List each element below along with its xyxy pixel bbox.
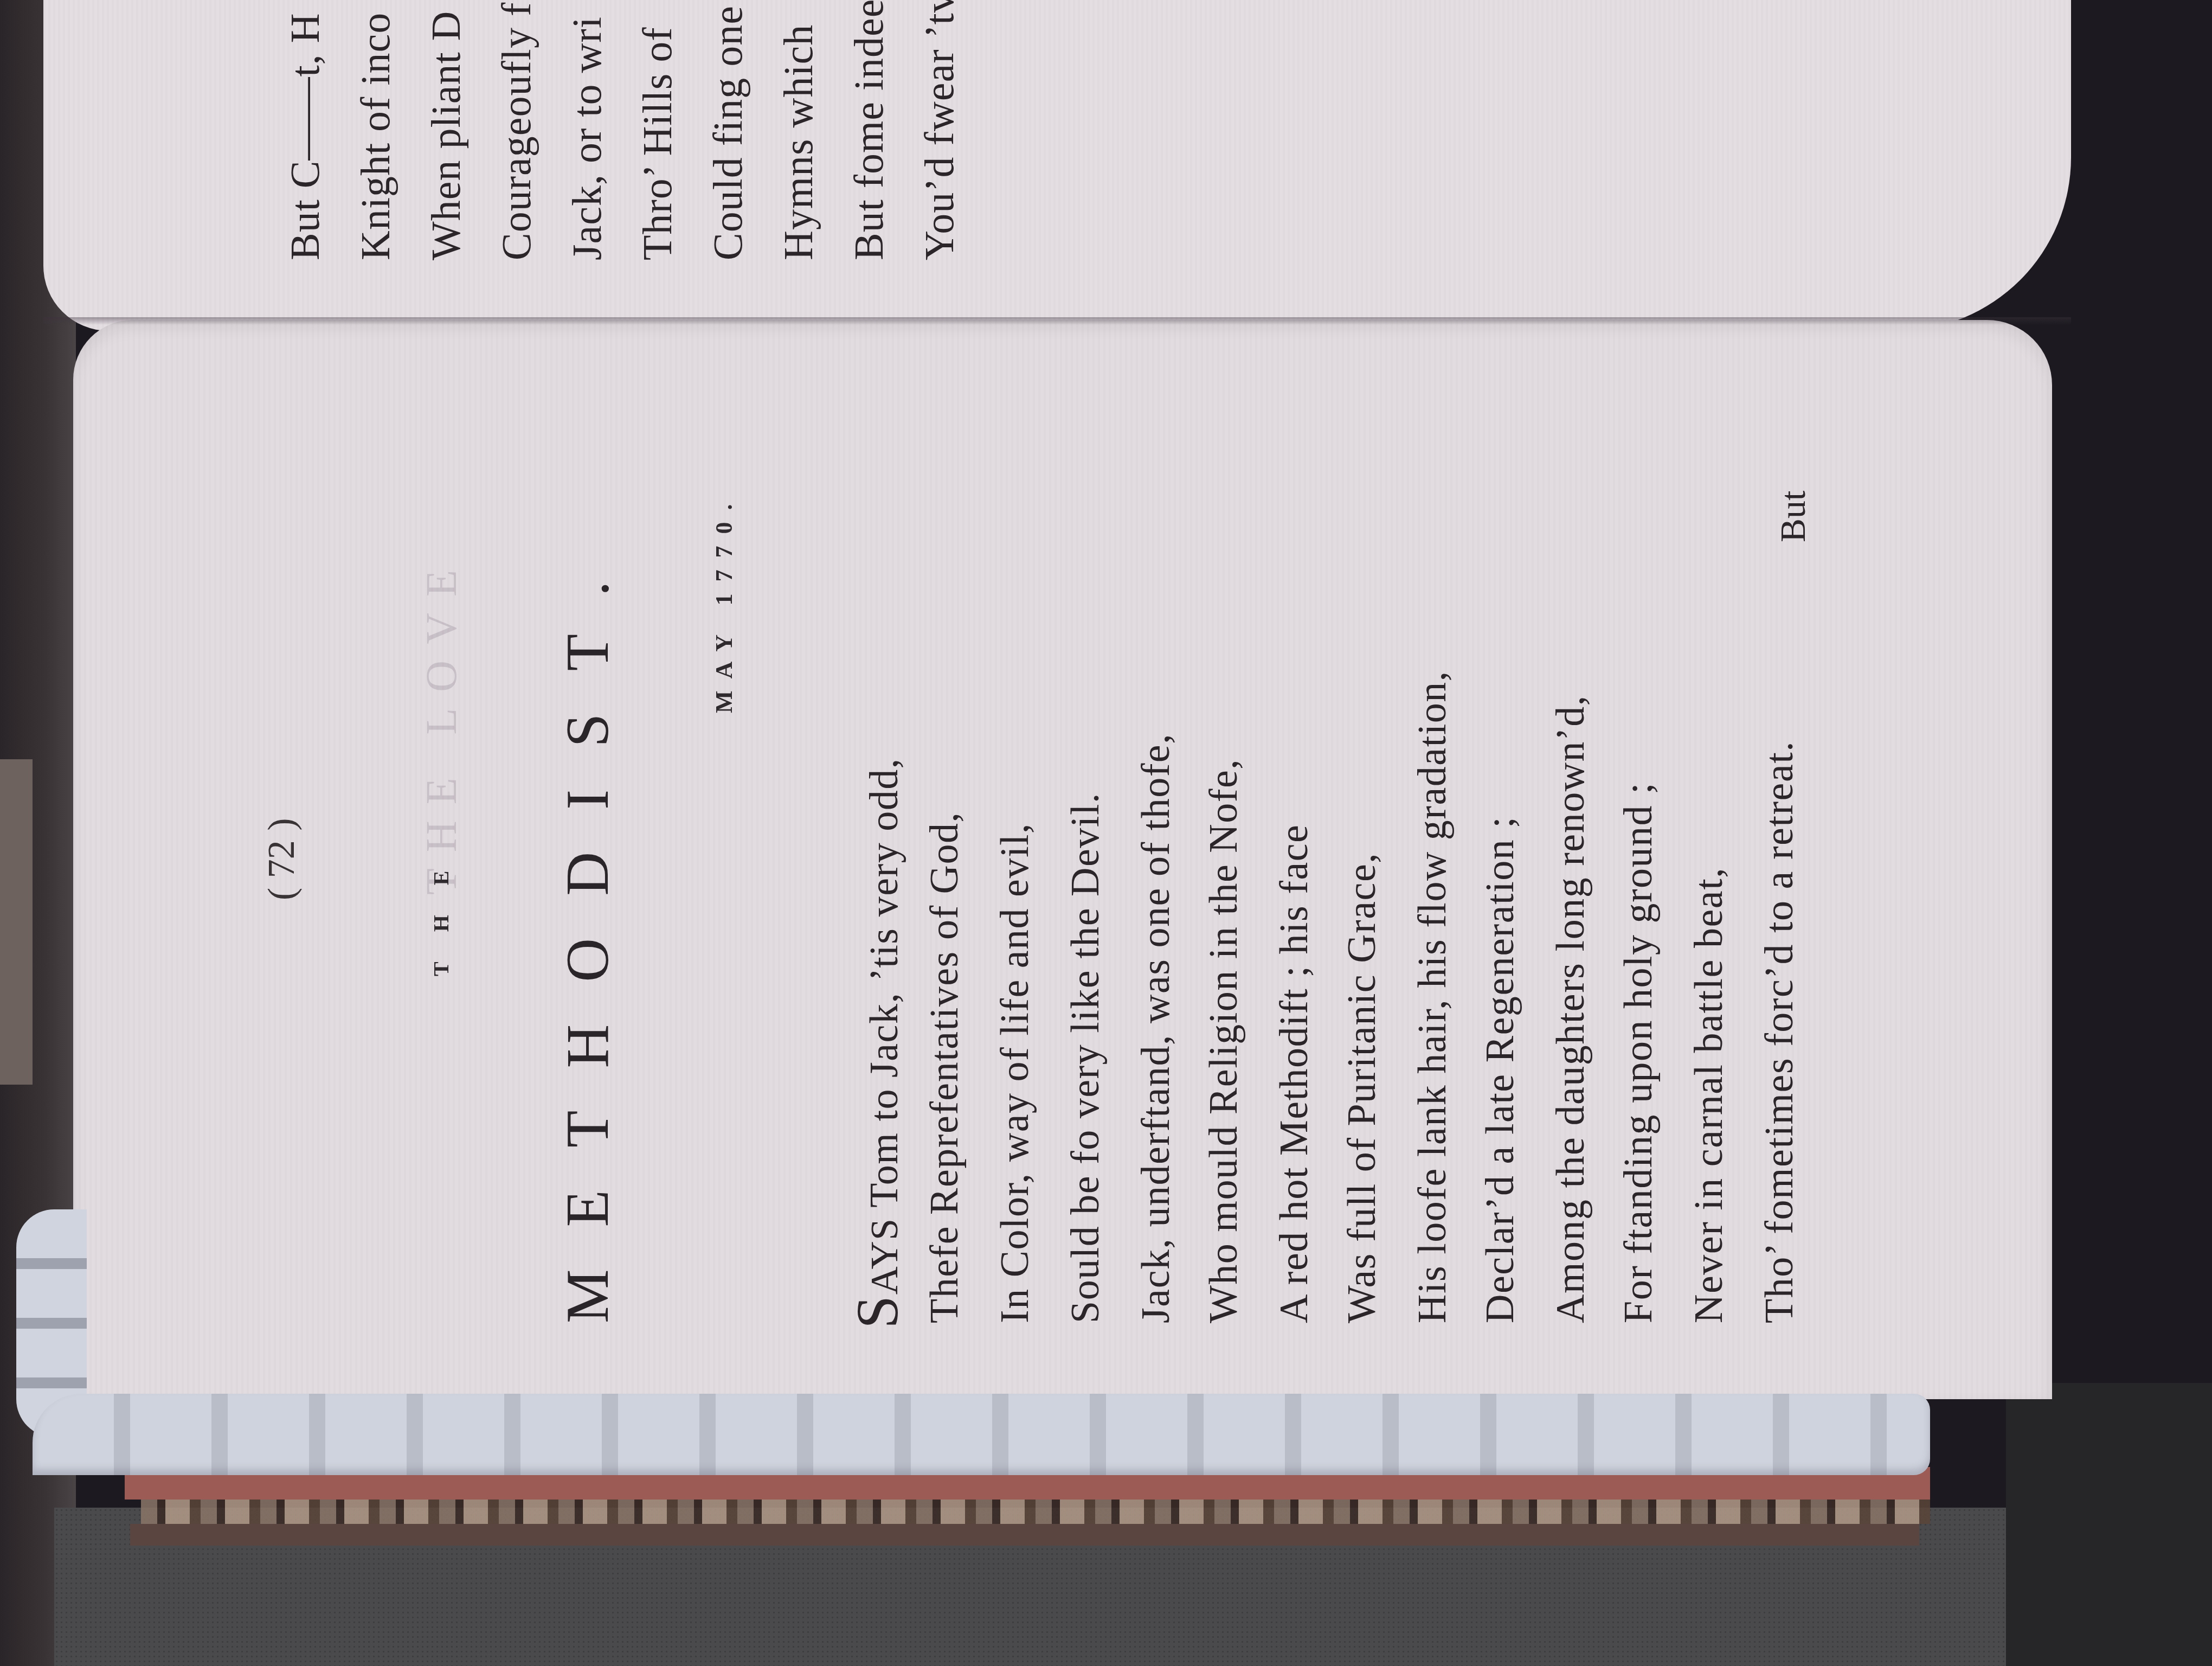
poem-line: Was full of Puritanic Grace, — [1339, 853, 1385, 1323]
facing-line: Jack, or to wri — [564, 16, 611, 260]
date: MAY 1770. — [710, 492, 738, 713]
facing-line: But C——t, H — [282, 13, 329, 261]
poem-line: Who mould Religion in the Nofe, — [1201, 759, 1247, 1323]
facing-line: Could fing one — [705, 5, 752, 260]
facing-page — [43, 0, 2071, 331]
background-object — [0, 759, 33, 1085]
poem-line: For ftanding upon holy ground ; — [1616, 782, 1662, 1323]
headband-cord — [33, 1394, 1930, 1475]
book-board-edge — [130, 1524, 1919, 1546]
poem-line: Sould be fo very like the Devil. — [1063, 792, 1109, 1323]
poem-line: Tho’ fometimes forc’d to a retreat. — [1757, 741, 1803, 1323]
first-line-text: Tom to Jack, ’tis very odd, — [862, 758, 906, 1218]
small-caps: AYS — [863, 1218, 906, 1295]
poem-line-first: SAYS Tom to Jack, ’tis very odd, — [843, 758, 912, 1329]
facing-line: Knight of inco — [352, 12, 400, 260]
facing-line: When pliant D — [423, 11, 470, 260]
poem-line: Jack, underftand, was one of thofe, — [1133, 733, 1179, 1323]
page-number: ( 72 ) — [260, 818, 304, 900]
title-prefix: THE — [428, 841, 454, 976]
drop-cap: S — [844, 1295, 910, 1329]
poem-line: Declar’d a late Regeneration ; — [1477, 816, 1523, 1323]
poem-line: Never in carnal battle beat, — [1686, 867, 1732, 1323]
gutter-shadow — [43, 317, 2071, 325]
poem-line: His loofe lank hair, his flow gradation, — [1410, 670, 1456, 1323]
facing-line: Thro’ Hills of — [634, 27, 681, 260]
facing-line: Courageoufly f — [493, 2, 541, 260]
poem-line: A red hot Methodift ; his face — [1271, 824, 1317, 1323]
background-shadow — [2006, 1383, 2212, 1666]
poem-line: Thefe Reprefentatives of God, — [922, 812, 968, 1323]
page-title: METHODIST. — [553, 539, 623, 1323]
poem-line: Among the daughters long renown’d, — [1548, 695, 1594, 1323]
facing-line: But fome indee — [846, 0, 893, 260]
catchword: But — [1773, 491, 1814, 542]
poem-line: In Color, way of life and evil, — [992, 823, 1038, 1323]
facing-line: Hymns which — [775, 24, 822, 260]
facing-line: You’d fwear ’tv — [916, 0, 963, 260]
